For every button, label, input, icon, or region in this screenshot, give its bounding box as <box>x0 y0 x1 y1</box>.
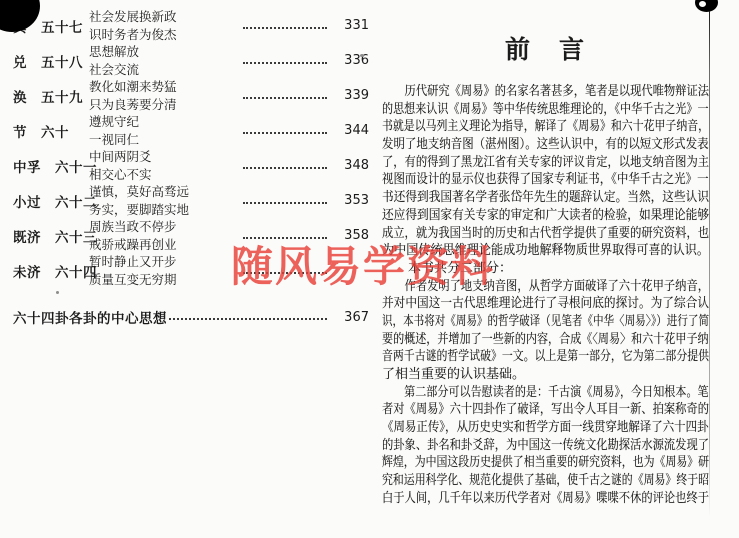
entry-description-line-1: 社会发展换新政 <box>89 8 241 26</box>
body-text-line: 并对中国这一古代思维理论进行了寻根问底的探讨。为了综合认 <box>382 292 709 310</box>
entry-description-line-1: 周族当政不停步 <box>89 218 241 236</box>
scan-speck <box>360 54 364 57</box>
body-text-line-text: 成立，就为我国当时的历史和古代哲学提供了重要的研究资料，也 <box>382 225 709 243</box>
page-number: 348 <box>333 158 369 173</box>
body-text-line-text: 还应得到国家有关专家的审定和广大读者的检验，如果理论能够 <box>382 207 709 225</box>
body-text-line: 成立，就为我国当时的历史和古代哲学提供了重要的研究资料，也 <box>382 222 709 240</box>
entry-description-line-2: 戒骄戒躁再创业 <box>89 236 241 254</box>
entry-description-line-2: 务实，要脚踏实地 <box>89 201 241 219</box>
body-text-line: 的卦象、卦名和卦爻辞，为中国这一传统文化勘探活水源流发现了 <box>382 434 709 452</box>
toc-entry: 中孚 六十一 中间两阴爻 相交心不实 348 <box>13 148 369 183</box>
scan-speck <box>424 156 427 159</box>
body-text-line-text: 书还得到我国著名学者张岱年先生的题辞认定。当然，这些认识 <box>382 189 709 207</box>
body-text-line: 要的概述，并增加了一些新的内容，合成《〈周易〉和六十花甲子纳 <box>382 328 709 346</box>
entry-description-line-2: 社会交流 <box>89 61 241 79</box>
preface-title: 前 言 <box>382 30 709 66</box>
body-text-line-text: 的卦象、卦名和卦爻辞，为中国这一传统文化勘探活水源流发现了 <box>382 437 709 455</box>
hexagram-name: 兑 五十八 <box>13 51 89 71</box>
toc-entry: 兑 五十八 思想解放 社会交流 336 <box>13 43 369 78</box>
body-text-line: 究和运用科学化、规范化提供了基础，使千古之谜的《周易》终于昭 <box>382 469 709 487</box>
page-fold-line <box>709 11 710 517</box>
body-text-line-text: 究和运用科学化、规范化提供了基础，使千古之谜的《周易》终于昭 <box>382 472 709 490</box>
body-text-line: 历代研究《周易》的名家名著甚多，笔者是以现代唯物辩证法 <box>382 80 709 98</box>
body-text-line-text: 书就是以马列主义理论为指导，解译了《周易》和六十花甲子纳音， <box>382 118 709 136</box>
toc-entry: 巽 五十七 社会发展换新政 识时务者为俊杰 331 <box>13 8 369 43</box>
dotted-leader <box>243 60 327 64</box>
entry-description-line-2: 质量互变无穷期 <box>89 271 241 289</box>
entry-description: 社会发展换新政 识时务者为俊杰 <box>89 8 241 43</box>
entry-description: 遵规守纪 一视同仁 <box>89 113 241 148</box>
body-text-line-text: 了，有的得到了黑龙江省有关专家的评议肯定，以地支纳音图为主 <box>382 154 709 172</box>
body-text-line-text: 识，本书将对《周易》的哲学破译（见笔者《中华〈周易〉》）进行了简 <box>382 313 709 331</box>
dotted-leader <box>243 25 327 29</box>
toc-entry: 节 六十 遵规守纪 一视同仁 344 <box>13 113 369 148</box>
entry-description: 谨慎，莫好高骛远 务实，要脚踏实地 <box>89 183 241 218</box>
toc-footer-label: 六十四卦各卦的中心思想 <box>13 307 167 327</box>
entry-description: 思想解放 社会交流 <box>89 43 241 78</box>
body-text-line: 音两千古谜的哲学试破》一文。以上是第一部分，它为第二部分提供 <box>382 345 709 363</box>
body-text-line-text: 者对《周易》六十四卦作了破译，写出令人耳目一新、拍案称奇的 <box>382 401 709 419</box>
body-text-line-text: 音两千古谜的哲学试破》一文。以上是第一部分，它为第二部分提供 <box>382 348 709 366</box>
page-number: 353 <box>333 193 369 208</box>
body-text-line: 书还得到我国著名学者张岱年先生的题辞认定。当然，这些认识 <box>382 186 709 204</box>
entry-description-line-2: 一视同仁 <box>89 131 241 149</box>
hexagram-name: 中孚 六十一 <box>13 156 89 176</box>
scan-blob-top-right-highlight <box>699 1 706 7</box>
body-text-line: 的思想来认识《周易》等中华传统思维理论的，《中华千古之光》一 <box>382 98 709 116</box>
toc-entry: 小过 六十二 谨慎，莫好高骛远 务实，要脚踏实地 353 <box>13 183 369 218</box>
body-text-line-text: 白于人间，几千年以来历代学者对《周易》喋喋不休的评论也终于 <box>382 490 709 508</box>
body-text-line-text: 并对中国这一古代思维理论进行了寻根问底的探讨。为了综合认 <box>382 295 709 313</box>
body-text-line: 者对《周易》六十四卦作了破译，写出令人耳目一新、拍案称奇的 <box>382 398 709 416</box>
body-text-line: 辉煌，为中国这段历史提供了相当重要的研究资料，也为《周易》研 <box>382 451 709 469</box>
body-text-line: 白于人间，几千年以来历代学者对《周易》喋喋不休的评论也终于 <box>382 487 709 505</box>
entry-description-line-1: 暂时静止又开步 <box>89 253 241 271</box>
dotted-leader <box>243 200 327 204</box>
body-text-line: 视图而设计的显示仪也获得了国家专利证书，《中华千古之光》一 <box>382 168 709 186</box>
page-number: 331 <box>333 18 369 33</box>
body-text-line-text: 的思想来认识《周易》等中华传统思维理论的，《中华千古之光》一 <box>382 101 709 119</box>
dotted-leader <box>243 235 327 239</box>
entry-description: 暂时静止又开步 质量互变无穷期 <box>89 253 241 288</box>
preface-body: 历代研究《周易》的名家名著甚多，笔者是以现代唯物辩证法 的思想来认识《周易》等中… <box>382 80 709 505</box>
body-text-line: 第二部分可以告慰读者的是：千古演《周易》，今日知根本。笔 <box>382 381 709 399</box>
body-text-line: 书就是以马列主义理论为指导，解译了《周易》和六十花甲子纳音， <box>382 115 709 133</box>
toc-entry: 涣 五十九 教化如潮来势猛 只为良莠要分清 339 <box>13 78 369 113</box>
body-text-line-text: 发明了地支纳音图（湛州图）。这些认识中，有的以短文形式发表 <box>382 136 709 154</box>
hexagram-name: 小过 六十二 <box>13 191 89 211</box>
body-text-line-text: 历代研究《周易》的名家名著甚多，笔者是以现代唯物辩证法 <box>382 83 709 101</box>
page-number: 367 <box>333 310 369 325</box>
dotted-leader <box>169 316 327 320</box>
entry-description: 教化如潮来势猛 只为良莠要分清 <box>89 78 241 113</box>
entry-description-line-1: 思想解放 <box>89 43 241 61</box>
entry-description: 周族当政不停步 戒骄戒躁再创业 <box>89 218 241 253</box>
entry-description-line-1: 谨慎，莫好高骛远 <box>89 183 241 201</box>
entry-description-line-2: 相交心不实 <box>89 166 241 184</box>
page-number: 339 <box>333 88 369 103</box>
dotted-leader <box>243 165 327 169</box>
body-text-line-text: 要的概述，并增加了一些新的内容，合成《〈周易〉和六十花甲子纳 <box>382 331 709 349</box>
toc-footer-entry: 六十四卦各卦的中心思想 367 <box>13 306 369 328</box>
body-text-line: 了，有的得到了黑龙江省有关专家的评议肯定，以地支纳音图为主 <box>382 151 709 169</box>
page-number: 358 <box>333 228 369 243</box>
page-number: 344 <box>333 123 369 138</box>
hexagram-name: 未济 六十四 <box>13 261 89 281</box>
dotted-leader <box>243 95 327 99</box>
hexagram-name: 涣 五十九 <box>13 86 89 106</box>
scan-speck <box>56 291 59 294</box>
entry-description-line-2: 只为良莠要分清 <box>89 96 241 114</box>
body-text-line-text: 视图而设计的显示仪也获得了国家专利证书，《中华千古之光》一 <box>382 171 709 189</box>
scanned-book-spread: 巽 五十七 社会发展换新政 识时务者为俊杰 331 兑 五十八 思想解放 社会交… <box>0 0 739 538</box>
entry-description-line-1: 中间两阴爻 <box>89 148 241 166</box>
entry-description-line-2: 识时务者为俊杰 <box>89 26 241 44</box>
hexagram-name: 节 六十 <box>13 121 89 141</box>
body-text-line-text: 《周易正传》，从历史史实和哲学方面一线贯穿地解译了六十四卦 <box>382 419 709 437</box>
entry-description-line-1: 遵规守纪 <box>89 113 241 131</box>
body-text-line-text: 辉煌，为中国这段历史提供了相当重要的研究资料，也为《周易》研 <box>382 454 709 472</box>
body-text-line: 发明了地支纳音图（湛州图）。这些认识中，有的以短文形式发表 <box>382 133 709 151</box>
body-text-line: 《周易正传》，从历史史实和哲学方面一线贯穿地解译了六十四卦 <box>382 416 709 434</box>
body-text-line-text: 第二部分可以告慰读者的是：千古演《周易》，今日知根本。笔 <box>382 384 709 402</box>
entry-description: 中间两阴爻 相交心不实 <box>89 148 241 183</box>
watermark-text: 随风易学资料 <box>231 244 495 290</box>
entry-description-line-1: 教化如潮来势猛 <box>89 78 241 96</box>
dotted-leader <box>243 130 327 134</box>
body-text-line: 识，本书将对《周易》的哲学破译（见笔者《中华〈周易〉》）进行了简 <box>382 310 709 328</box>
body-text-line: 还应得到国家有关专家的审定和广大读者的检验，如果理论能够 <box>382 204 709 222</box>
hexagram-name: 既济 六十三 <box>13 226 89 246</box>
